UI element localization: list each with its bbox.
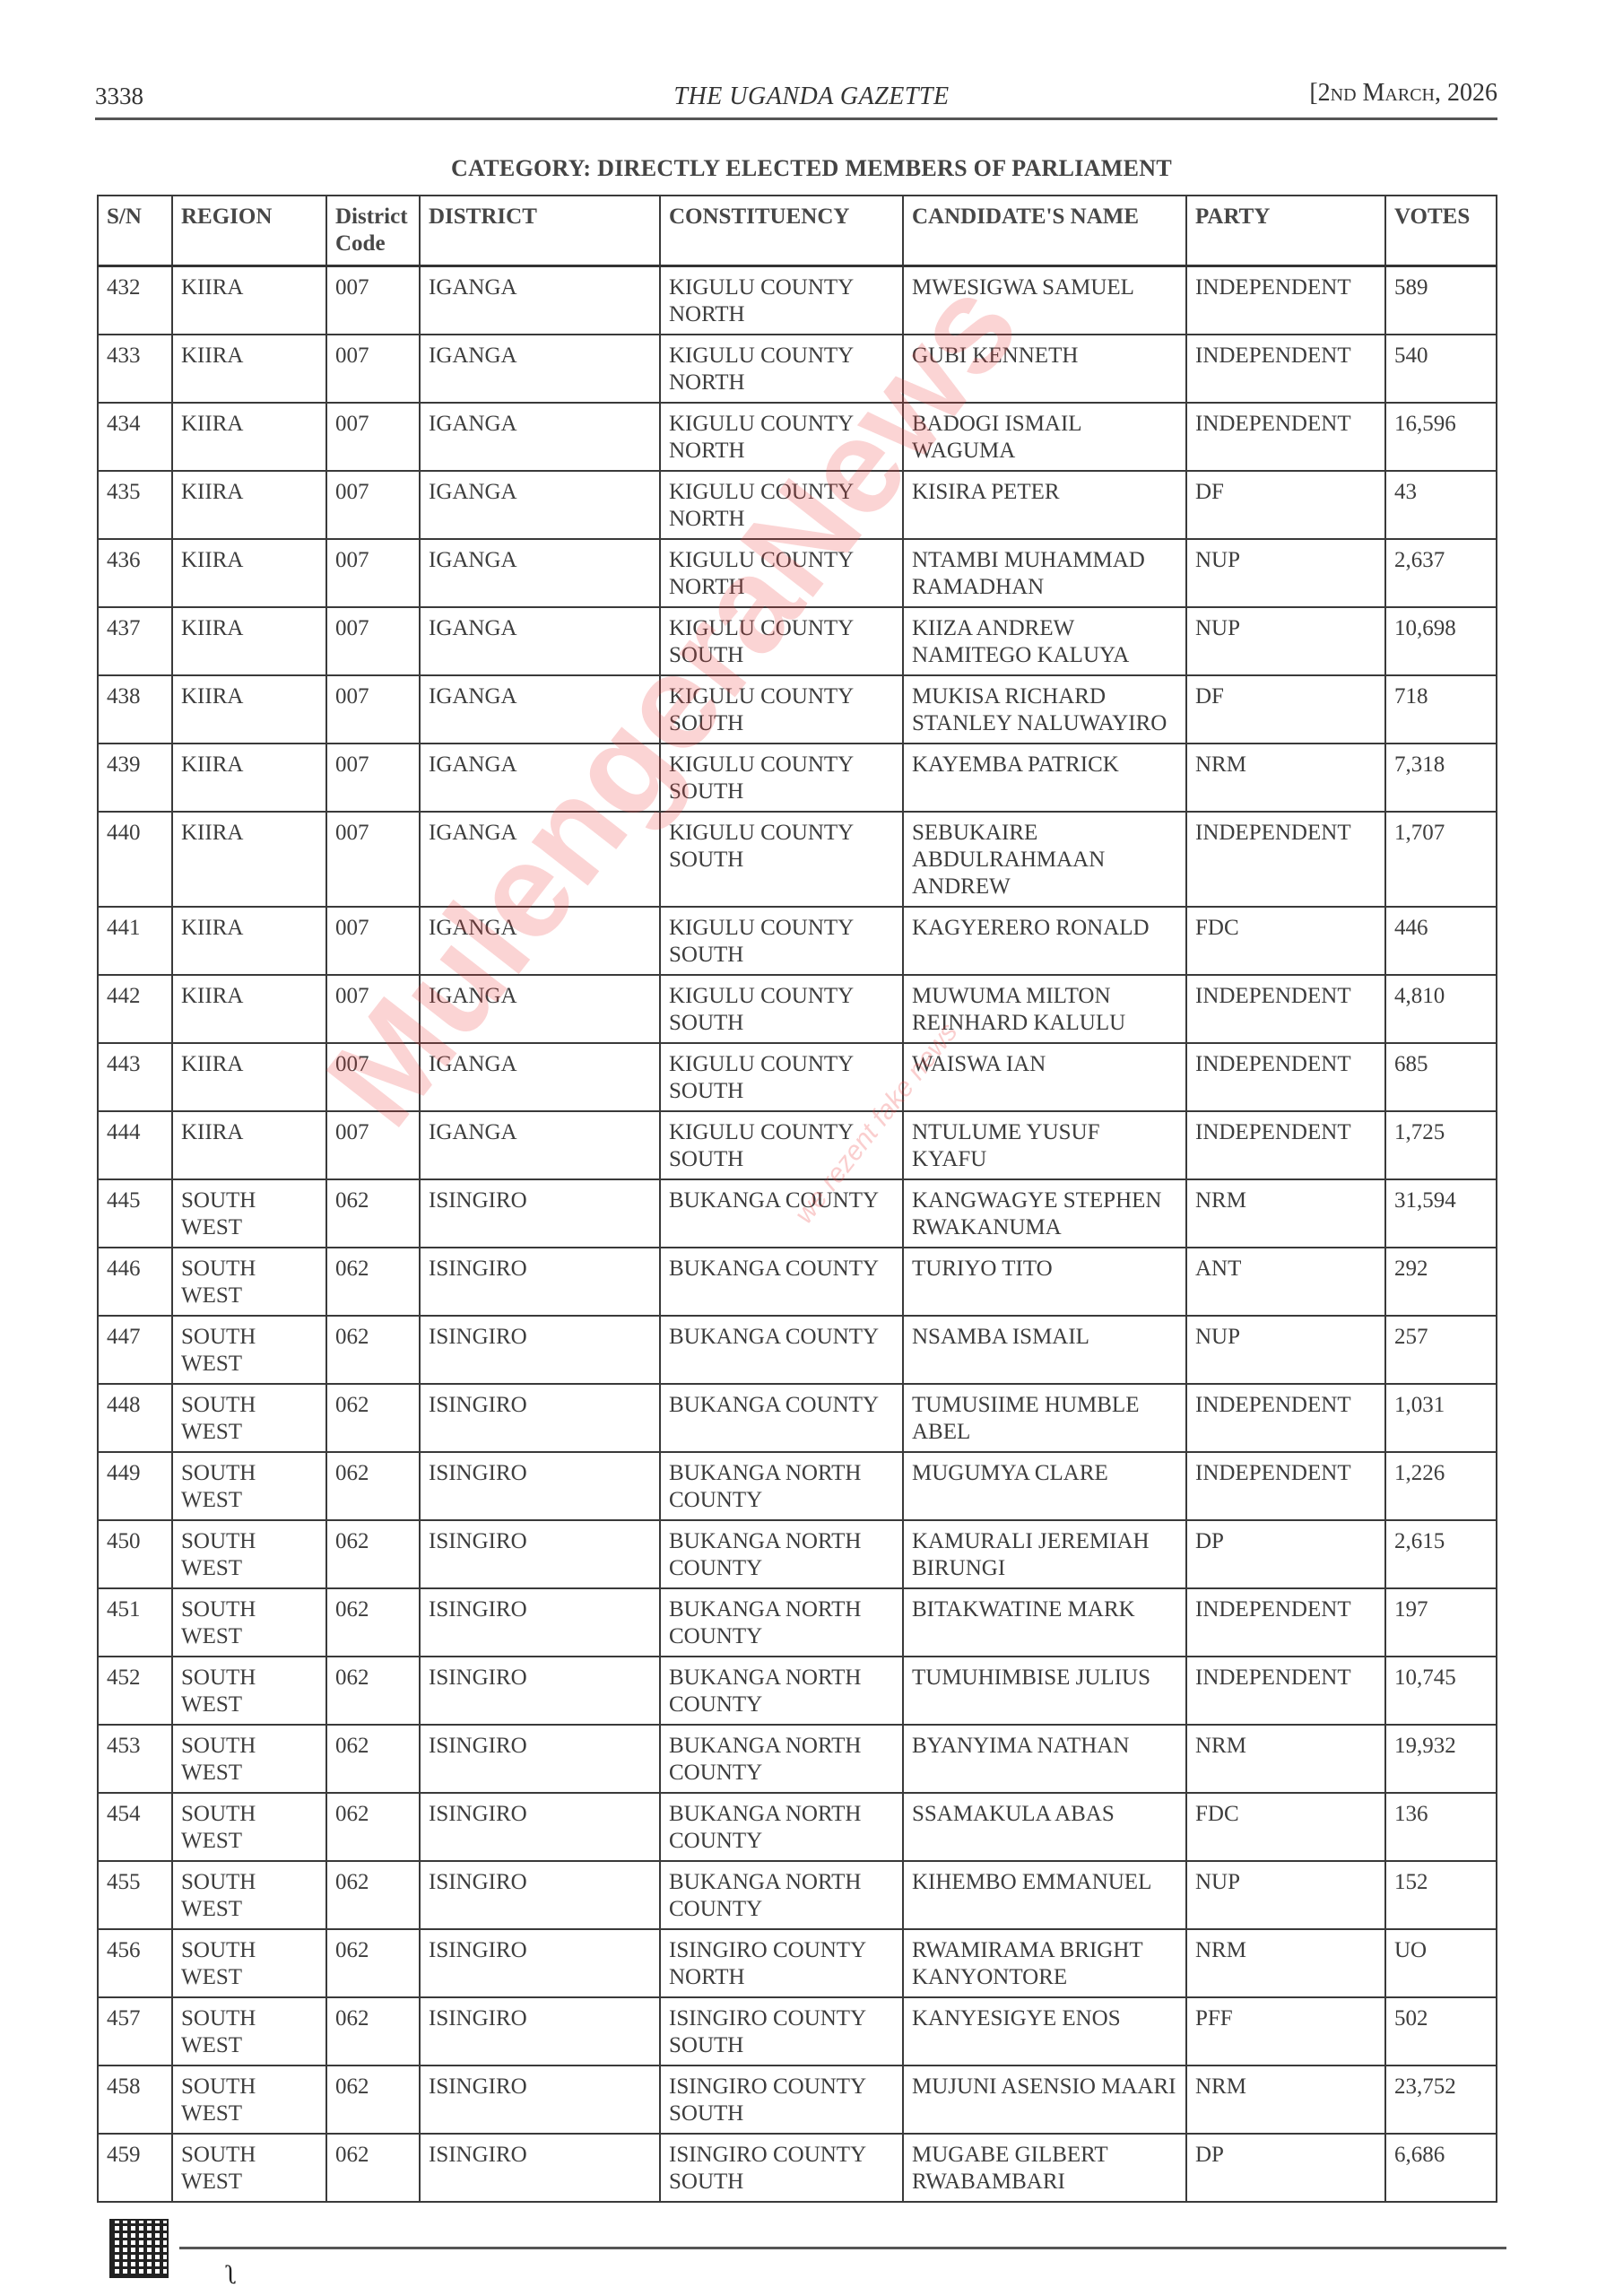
cell-region: KIIRA <box>172 907 326 975</box>
column-header-district: DISTRICT <box>420 196 660 266</box>
cell-candidate-name: BYANYIMA NATHAN <box>903 1725 1186 1793</box>
table-row: 459SOUTH WEST062ISINGIROISINGIRO COUNTY … <box>98 2134 1497 2202</box>
cell-votes: 685 <box>1385 1043 1497 1111</box>
cell-region: SOUTH WEST <box>172 1520 326 1588</box>
cell-party: INDEPENDENT <box>1186 1111 1385 1179</box>
cell-district-code: 062 <box>326 1316 420 1384</box>
cell-region: KIIRA <box>172 335 326 403</box>
cell-sn: 440 <box>98 812 172 907</box>
cell-votes: 10,745 <box>1385 1657 1497 1725</box>
table-row: 457SOUTH WEST062ISINGIROISINGIRO COUNTY … <box>98 1997 1497 2066</box>
cell-district: ISINGIRO <box>420 1793 660 1861</box>
cell-district-code: 007 <box>326 812 420 907</box>
cell-party: NRM <box>1186 1179 1385 1248</box>
cell-district-code: 007 <box>326 975 420 1043</box>
results-table: S/NREGIONDistrict CodeDISTRICTCONSTITUEN… <box>97 195 1497 2203</box>
cell-district: IGANGA <box>420 975 660 1043</box>
column-header-party: PARTY <box>1186 196 1385 266</box>
table-row: 458SOUTH WEST062ISINGIROISINGIRO COUNTY … <box>98 2066 1497 2134</box>
cell-district: ISINGIRO <box>420 1248 660 1316</box>
cell-sn: 455 <box>98 1861 172 1929</box>
cell-party: INDEPENDENT <box>1186 1384 1385 1452</box>
cell-sn: 453 <box>98 1725 172 1793</box>
cell-sn: 438 <box>98 675 172 744</box>
cell-sn: 457 <box>98 1997 172 2066</box>
cell-votes: 43 <box>1385 471 1497 539</box>
cell-district-code: 007 <box>326 539 420 607</box>
cell-constituency: KIGULU COUNTY SOUTH <box>660 675 903 744</box>
cell-sn: 456 <box>98 1929 172 1997</box>
cell-candidate-name: KISIRA PETER <box>903 471 1186 539</box>
cell-district: ISINGIRO <box>420 1725 660 1793</box>
column-header-region: REGION <box>172 196 326 266</box>
cell-region: SOUTH WEST <box>172 1725 326 1793</box>
table-row: 453SOUTH WEST062ISINGIROBUKANGA NORTH CO… <box>98 1725 1497 1793</box>
cell-district-code: 062 <box>326 2134 420 2202</box>
cell-party: NUP <box>1186 607 1385 675</box>
table-row: 436KIIRA007IGANGAKIGULU COUNTY NORTHNTAM… <box>98 539 1497 607</box>
cell-party: INDEPENDENT <box>1186 266 1385 335</box>
table-row: 443KIIRA007IGANGAKIGULU COUNTY SOUTHWAIS… <box>98 1043 1497 1111</box>
qr-code-icon <box>109 2219 169 2278</box>
cell-party: NUP <box>1186 539 1385 607</box>
cell-district: IGANGA <box>420 907 660 975</box>
column-header-candidate-name: CANDIDATE'S NAME <box>903 196 1186 266</box>
cell-district: ISINGIRO <box>420 1861 660 1929</box>
cell-district: IGANGA <box>420 335 660 403</box>
cell-candidate-name: KANGWAGYE STEPHEN RWAKANUMA <box>903 1179 1186 1248</box>
cell-constituency: KIGULU COUNTY NORTH <box>660 266 903 335</box>
cell-constituency: BUKANGA COUNTY <box>660 1316 903 1384</box>
cell-district-code: 062 <box>326 1861 420 1929</box>
cell-region: KIIRA <box>172 812 326 907</box>
cell-district: IGANGA <box>420 403 660 471</box>
scan-mark: ʅ <box>226 2260 238 2291</box>
cell-region: SOUTH WEST <box>172 1248 326 1316</box>
cell-region: KIIRA <box>172 266 326 335</box>
cell-candidate-name: KANYESIGYE ENOS <box>903 1997 1186 2066</box>
table-row: 438KIIRA007IGANGAKIGULU COUNTY SOUTHMUKI… <box>98 675 1497 744</box>
cell-candidate-name: KIHEMBO EMMANUEL <box>903 1861 1186 1929</box>
cell-district-code: 062 <box>326 1657 420 1725</box>
cell-region: KIIRA <box>172 539 326 607</box>
table-row: 452SOUTH WEST062ISINGIROBUKANGA NORTH CO… <box>98 1657 1497 1725</box>
cell-candidate-name: RWAMIRAMA BRIGHT KANYONTORE <box>903 1929 1186 1997</box>
column-header-votes: VOTES <box>1385 196 1497 266</box>
cell-district: ISINGIRO <box>420 1997 660 2066</box>
table-row: 448SOUTH WEST062ISINGIROBUKANGA COUNTYTU… <box>98 1384 1497 1452</box>
cell-sn: 446 <box>98 1248 172 1316</box>
cell-region: SOUTH WEST <box>172 1997 326 2066</box>
cell-votes: 1,031 <box>1385 1384 1497 1452</box>
cell-district: ISINGIRO <box>420 1452 660 1520</box>
cell-constituency: KIGULU COUNTY NORTH <box>660 471 903 539</box>
cell-sn: 448 <box>98 1384 172 1452</box>
cell-candidate-name: KAGYERERO RONALD <box>903 907 1186 975</box>
category-heading: CATEGORY: DIRECTLY ELECTED MEMBERS OF PA… <box>0 155 1623 182</box>
cell-district: IGANGA <box>420 471 660 539</box>
cell-votes: 589 <box>1385 266 1497 335</box>
table-row: 439KIIRA007IGANGAKIGULU COUNTY SOUTHKAYE… <box>98 744 1497 812</box>
cell-constituency: BUKANGA COUNTY <box>660 1179 903 1248</box>
table-row: 454SOUTH WEST062ISINGIROBUKANGA NORTH CO… <box>98 1793 1497 1861</box>
cell-region: KIIRA <box>172 1043 326 1111</box>
cell-district-code: 062 <box>326 1588 420 1657</box>
cell-candidate-name: TUMUHIMBISE JULIUS <box>903 1657 1186 1725</box>
cell-district: ISINGIRO <box>420 1384 660 1452</box>
cell-party: INDEPENDENT <box>1186 1657 1385 1725</box>
cell-votes: 718 <box>1385 675 1497 744</box>
cell-candidate-name: GUBI KENNETH <box>903 335 1186 403</box>
header-divider <box>95 117 1497 120</box>
cell-district: ISINGIRO <box>420 1316 660 1384</box>
cell-party: DP <box>1186 2134 1385 2202</box>
cell-district-code: 007 <box>326 471 420 539</box>
table-row: 451SOUTH WEST062ISINGIROBUKANGA NORTH CO… <box>98 1588 1497 1657</box>
cell-region: SOUTH WEST <box>172 1861 326 1929</box>
cell-district-code: 007 <box>326 403 420 471</box>
cell-district: IGANGA <box>420 266 660 335</box>
cell-party: INDEPENDENT <box>1186 1043 1385 1111</box>
cell-constituency: BUKANGA NORTH COUNTY <box>660 1588 903 1657</box>
cell-sn: 436 <box>98 539 172 607</box>
cell-constituency: ISINGIRO COUNTY SOUTH <box>660 2134 903 2202</box>
cell-district-code: 062 <box>326 1725 420 1793</box>
cell-sn: 434 <box>98 403 172 471</box>
cell-candidate-name: MUKISA RICHARD STANLEY NALUWAYIRO <box>903 675 1186 744</box>
table-row: 441KIIRA007IGANGAKIGULU COUNTY SOUTHKAGY… <box>98 907 1497 975</box>
table-body: 432KIIRA007IGANGAKIGULU COUNTY NORTHMWES… <box>98 266 1497 2203</box>
cell-district: ISINGIRO <box>420 1179 660 1248</box>
cell-region: SOUTH WEST <box>172 1452 326 1520</box>
table-row: 434KIIRA007IGANGAKIGULU COUNTY NORTHBADO… <box>98 403 1497 471</box>
cell-sn: 447 <box>98 1316 172 1384</box>
cell-sn: 439 <box>98 744 172 812</box>
cell-votes: 152 <box>1385 1861 1497 1929</box>
cell-district: IGANGA <box>420 607 660 675</box>
cell-region: KIIRA <box>172 744 326 812</box>
cell-district-code: 062 <box>326 1997 420 2066</box>
cell-candidate-name: TURIYO TITO <box>903 1248 1186 1316</box>
table-row: 445SOUTH WEST062ISINGIROBUKANGA COUNTYKA… <box>98 1179 1497 1248</box>
cell-region: SOUTH WEST <box>172 1316 326 1384</box>
cell-constituency: BUKANGA NORTH COUNTY <box>660 1452 903 1520</box>
cell-district-code: 062 <box>326 1248 420 1316</box>
cell-constituency: KIGULU COUNTY SOUTH <box>660 812 903 907</box>
cell-sn: 432 <box>98 266 172 335</box>
table-row: 433KIIRA007IGANGAKIGULU COUNTY NORTHGUBI… <box>98 335 1497 403</box>
cell-candidate-name: MUWUMA MILTON REINHARD KALULU <box>903 975 1186 1043</box>
cell-candidate-name: MUGUMYA CLARE <box>903 1452 1186 1520</box>
cell-constituency: BUKANGA COUNTY <box>660 1248 903 1316</box>
cell-region: KIIRA <box>172 403 326 471</box>
table-row: 432KIIRA007IGANGAKIGULU COUNTY NORTHMWES… <box>98 266 1497 335</box>
cell-district: IGANGA <box>420 675 660 744</box>
table-row: 450SOUTH WEST062ISINGIROBUKANGA NORTH CO… <box>98 1520 1497 1588</box>
cell-region: SOUTH WEST <box>172 1588 326 1657</box>
cell-district-code: 007 <box>326 1043 420 1111</box>
cell-party: INDEPENDENT <box>1186 403 1385 471</box>
cell-sn: 437 <box>98 607 172 675</box>
cell-party: ANT <box>1186 1248 1385 1316</box>
cell-sn: 450 <box>98 1520 172 1588</box>
cell-candidate-name: BITAKWATINE MARK <box>903 1588 1186 1657</box>
cell-candidate-name: BADOGI ISMAIL WAGUMA <box>903 403 1186 471</box>
cell-constituency: BUKANGA NORTH COUNTY <box>660 1657 903 1725</box>
cell-votes: 136 <box>1385 1793 1497 1861</box>
cell-party: NRM <box>1186 744 1385 812</box>
column-header-sn: S/N <box>98 196 172 266</box>
cell-region: SOUTH WEST <box>172 1384 326 1452</box>
cell-sn: 454 <box>98 1793 172 1861</box>
cell-party: PFF <box>1186 1997 1385 2066</box>
cell-votes: 23,752 <box>1385 2066 1497 2134</box>
cell-region: SOUTH WEST <box>172 1793 326 1861</box>
table-header-row: S/NREGIONDistrict CodeDISTRICTCONSTITUEN… <box>98 196 1497 266</box>
cell-constituency: BUKANGA NORTH COUNTY <box>660 1793 903 1861</box>
cell-votes: 31,594 <box>1385 1179 1497 1248</box>
cell-sn: 441 <box>98 907 172 975</box>
cell-votes: 2,637 <box>1385 539 1497 607</box>
cell-sn: 443 <box>98 1043 172 1111</box>
cell-constituency: BUKANGA COUNTY <box>660 1384 903 1452</box>
publication-date: [2nd March, 2026 <box>1309 79 1497 108</box>
cell-constituency: KIGULU COUNTY NORTH <box>660 539 903 607</box>
cell-district: ISINGIRO <box>420 2066 660 2134</box>
cell-constituency: KIGULU COUNTY SOUTH <box>660 1111 903 1179</box>
cell-sn: 459 <box>98 2134 172 2202</box>
cell-candidate-name: KAMURALI JEREMIAH BIRUNGI <box>903 1520 1186 1588</box>
cell-district: ISINGIRO <box>420 1520 660 1588</box>
table-row: 435KIIRA007IGANGAKIGULU COUNTY NORTHKISI… <box>98 471 1497 539</box>
cell-region: KIIRA <box>172 471 326 539</box>
cell-district-code: 007 <box>326 607 420 675</box>
cell-party: NUP <box>1186 1316 1385 1384</box>
cell-constituency: KIGULU COUNTY SOUTH <box>660 607 903 675</box>
cell-party: NRM <box>1186 1929 1385 1997</box>
cell-votes: 446 <box>1385 907 1497 975</box>
cell-votes: 16,596 <box>1385 403 1497 471</box>
cell-constituency: ISINGIRO COUNTY NORTH <box>660 1929 903 1997</box>
cell-district: IGANGA <box>420 1043 660 1111</box>
cell-party: NUP <box>1186 1861 1385 1929</box>
cell-district-code: 062 <box>326 1929 420 1997</box>
cell-constituency: KIGULU COUNTY NORTH <box>660 335 903 403</box>
cell-votes: 540 <box>1385 335 1497 403</box>
cell-party: DF <box>1186 471 1385 539</box>
cell-sn: 444 <box>98 1111 172 1179</box>
cell-constituency: BUKANGA NORTH COUNTY <box>660 1520 903 1588</box>
cell-district: IGANGA <box>420 1111 660 1179</box>
cell-party: INDEPENDENT <box>1186 975 1385 1043</box>
cell-sn: 451 <box>98 1588 172 1657</box>
cell-votes: 10,698 <box>1385 607 1497 675</box>
cell-district-code: 007 <box>326 907 420 975</box>
cell-party: FDC <box>1186 1793 1385 1861</box>
cell-candidate-name: MUGABE GILBERT RWABAMBARI <box>903 2134 1186 2202</box>
cell-candidate-name: NSAMBA ISMAIL <box>903 1316 1186 1384</box>
cell-votes: 197 <box>1385 1588 1497 1657</box>
cell-votes: 2,615 <box>1385 1520 1497 1588</box>
table-row: 446SOUTH WEST062ISINGIROBUKANGA COUNTYTU… <box>98 1248 1497 1316</box>
cell-district-code: 007 <box>326 744 420 812</box>
cell-constituency: KIGULU COUNTY SOUTH <box>660 975 903 1043</box>
table-row: 456SOUTH WEST062ISINGIROISINGIRO COUNTY … <box>98 1929 1497 1997</box>
cell-region: SOUTH WEST <box>172 1929 326 1997</box>
cell-constituency: ISINGIRO COUNTY SOUTH <box>660 1997 903 2066</box>
cell-region: SOUTH WEST <box>172 1179 326 1248</box>
cell-candidate-name: KIIZA ANDREW NAMITEGO KALUYA <box>903 607 1186 675</box>
cell-votes: UO <box>1385 1929 1497 1997</box>
cell-region: KIIRA <box>172 675 326 744</box>
cell-district-code: 062 <box>326 1520 420 1588</box>
footer-divider <box>179 2247 1506 2249</box>
cell-candidate-name: NTULUME YUSUF KYAFU <box>903 1111 1186 1179</box>
cell-party: INDEPENDENT <box>1186 1452 1385 1520</box>
cell-region: SOUTH WEST <box>172 2134 326 2202</box>
cell-party: INDEPENDENT <box>1186 812 1385 907</box>
cell-district: IGANGA <box>420 744 660 812</box>
cell-constituency: KIGULU COUNTY NORTH <box>660 403 903 471</box>
cell-votes: 6,686 <box>1385 2134 1497 2202</box>
column-header-constituency: CONSTITUENCY <box>660 196 903 266</box>
cell-sn: 433 <box>98 335 172 403</box>
cell-district-code: 062 <box>326 2066 420 2134</box>
table-row: 440KIIRA007IGANGAKIGULU COUNTY SOUTHSEBU… <box>98 812 1497 907</box>
cell-votes: 19,932 <box>1385 1725 1497 1793</box>
cell-votes: 257 <box>1385 1316 1497 1384</box>
cell-district-code: 007 <box>326 1111 420 1179</box>
table-row: 437KIIRA007IGANGAKIGULU COUNTY SOUTHKIIZ… <box>98 607 1497 675</box>
cell-district: ISINGIRO <box>420 1657 660 1725</box>
cell-constituency: BUKANGA NORTH COUNTY <box>660 1725 903 1793</box>
cell-votes: 292 <box>1385 1248 1497 1316</box>
column-header-district-code: District Code <box>326 196 420 266</box>
cell-votes: 7,318 <box>1385 744 1497 812</box>
cell-candidate-name: NTAMBI MUHAMMAD RAMADHAN <box>903 539 1186 607</box>
cell-district: ISINGIRO <box>420 1588 660 1657</box>
cell-sn: 435 <box>98 471 172 539</box>
cell-district-code: 062 <box>326 1384 420 1452</box>
cell-party: FDC <box>1186 907 1385 975</box>
cell-party: NRM <box>1186 2066 1385 2134</box>
cell-candidate-name: MWESIGWA SAMUEL <box>903 266 1186 335</box>
cell-votes: 4,810 <box>1385 975 1497 1043</box>
cell-region: KIIRA <box>172 1111 326 1179</box>
table-row: 442KIIRA007IGANGAKIGULU COUNTY SOUTHMUWU… <box>98 975 1497 1043</box>
cell-district: IGANGA <box>420 812 660 907</box>
cell-district-code: 062 <box>326 1452 420 1520</box>
cell-party: DF <box>1186 675 1385 744</box>
cell-constituency: ISINGIRO COUNTY SOUTH <box>660 2066 903 2134</box>
cell-party: INDEPENDENT <box>1186 335 1385 403</box>
cell-party: NRM <box>1186 1725 1385 1793</box>
cell-district-code: 007 <box>326 266 420 335</box>
cell-district-code: 062 <box>326 1179 420 1248</box>
cell-district-code: 007 <box>326 675 420 744</box>
cell-region: SOUTH WEST <box>172 2066 326 2134</box>
cell-region: KIIRA <box>172 607 326 675</box>
table-row: 447SOUTH WEST062ISINGIROBUKANGA COUNTYNS… <box>98 1316 1497 1384</box>
cell-sn: 445 <box>98 1179 172 1248</box>
cell-votes: 502 <box>1385 1997 1497 2066</box>
cell-votes: 1,707 <box>1385 812 1497 907</box>
cell-region: KIIRA <box>172 975 326 1043</box>
cell-district: IGANGA <box>420 539 660 607</box>
cell-district-code: 062 <box>326 1793 420 1861</box>
cell-constituency: BUKANGA NORTH COUNTY <box>660 1861 903 1929</box>
cell-candidate-name: SEBUKAIRE ABDULRAHMAAN ANDREW <box>903 812 1186 907</box>
cell-candidate-name: WAISWA IAN <box>903 1043 1186 1111</box>
cell-district: ISINGIRO <box>420 2134 660 2202</box>
cell-constituency: KIGULU COUNTY SOUTH <box>660 1043 903 1111</box>
cell-candidate-name: TUMUSIIME HUMBLE ABEL <box>903 1384 1186 1452</box>
table-row: 444KIIRA007IGANGAKIGULU COUNTY SOUTHNTUL… <box>98 1111 1497 1179</box>
cell-constituency: KIGULU COUNTY SOUTH <box>660 907 903 975</box>
cell-sn: 449 <box>98 1452 172 1520</box>
cell-constituency: KIGULU COUNTY SOUTH <box>660 744 903 812</box>
cell-sn: 458 <box>98 2066 172 2134</box>
cell-sn: 442 <box>98 975 172 1043</box>
cell-district: ISINGIRO <box>420 1929 660 1997</box>
cell-candidate-name: SSAMAKULA ABAS <box>903 1793 1186 1861</box>
cell-district-code: 007 <box>326 335 420 403</box>
cell-party: DP <box>1186 1520 1385 1588</box>
cell-votes: 1,725 <box>1385 1111 1497 1179</box>
table-row: 455SOUTH WEST062ISINGIROBUKANGA NORTH CO… <box>98 1861 1497 1929</box>
cell-candidate-name: MUJUNI ASENSIO MAARI <box>903 2066 1186 2134</box>
table-row: 449SOUTH WEST062ISINGIROBUKANGA NORTH CO… <box>98 1452 1497 1520</box>
cell-candidate-name: KAYEMBA PATRICK <box>903 744 1186 812</box>
cell-region: SOUTH WEST <box>172 1657 326 1725</box>
cell-votes: 1,226 <box>1385 1452 1497 1520</box>
cell-party: INDEPENDENT <box>1186 1588 1385 1657</box>
cell-sn: 452 <box>98 1657 172 1725</box>
